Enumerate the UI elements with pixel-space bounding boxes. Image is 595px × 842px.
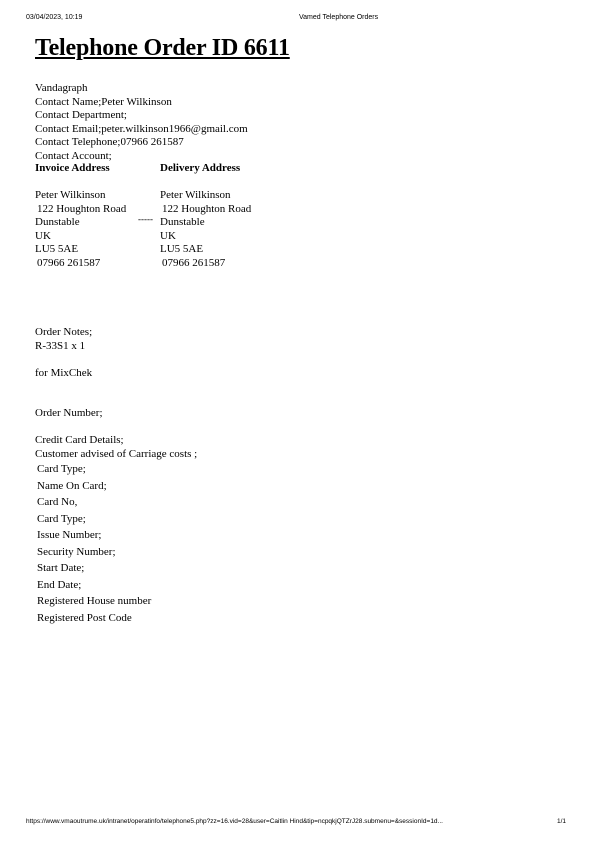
invoice-town: Dunstable [35,216,126,230]
delivery-phone: 07966 261587 [160,257,251,271]
invoice-country: UK [35,230,126,244]
invoice-postcode: LU5 5AE [35,243,126,257]
company-name: Vandagraph [35,82,248,96]
print-page-title: Vamed Telephone Orders [299,14,378,21]
address-separator: ----- [138,214,153,224]
order-notes-line-2: for MixChek [35,367,92,381]
contact-name: Contact Name;Peter Wilkinson [35,96,248,110]
start-date-label: Start Date; [35,562,197,579]
registered-house-number-label: Registered House number [35,595,197,612]
invoice-phone: 07966 261587 [35,257,126,271]
registered-post-code-label: Registered Post Code [35,612,197,629]
invoice-address-heading: Invoice Address [35,162,126,176]
order-number: Order Number; [35,407,103,421]
contact-email: Contact Email;peter.wilkinson1966@gmail.… [35,123,248,137]
print-datetime: 03/04/2023, 10:19 [26,14,82,21]
page-title: Telephone Order ID 6611 [35,35,290,62]
card-number-label: Card No, [35,496,197,513]
end-date-label: End Date; [35,579,197,596]
delivery-name: Peter Wilkinson [160,189,251,203]
delivery-street: 122 Houghton Road [160,203,251,217]
carriage-costs-label: Customer advised of Carriage costs ; [35,448,197,462]
card-type-label-2: Card Type; [35,513,197,530]
credit-card-details-label: Credit Card Details; [35,434,197,448]
delivery-town: Dunstable [160,216,251,230]
security-number-label: Security Number; [35,546,197,563]
delivery-address: Delivery Address Peter Wilkinson 122 Hou… [160,162,251,270]
invoice-street: 122 Houghton Road [35,203,126,217]
order-notes: Order Notes; R-33S1 x 1 for MixChek [35,326,92,380]
invoice-name: Peter Wilkinson [35,189,126,203]
invoice-address: Invoice Address Peter Wilkinson 122 Houg… [35,162,126,270]
page-number: 1/1 [557,818,566,825]
addresses-block: Invoice Address Peter Wilkinson 122 Houg… [35,162,295,292]
name-on-card-label: Name On Card; [35,480,197,497]
issue-number-label: Issue Number; [35,529,197,546]
print-url: https://www.vmaoutrume.uk/intranet/opera… [26,818,443,825]
order-notes-label: Order Notes; [35,326,92,340]
delivery-country: UK [160,230,251,244]
payment-block: Credit Card Details; Customer advised of… [35,434,197,628]
contact-account: Contact Account; [35,150,248,164]
contact-block: Vandagraph Contact Name;Peter Wilkinson … [35,82,248,163]
delivery-address-heading: Delivery Address [160,162,251,176]
order-notes-line-1: R-33S1 x 1 [35,340,92,354]
card-type-label: Card Type; [35,463,197,480]
contact-telephone: Contact Telephone;07966 261587 [35,136,248,150]
delivery-postcode: LU5 5AE [160,243,251,257]
contact-department: Contact Department; [35,109,248,123]
